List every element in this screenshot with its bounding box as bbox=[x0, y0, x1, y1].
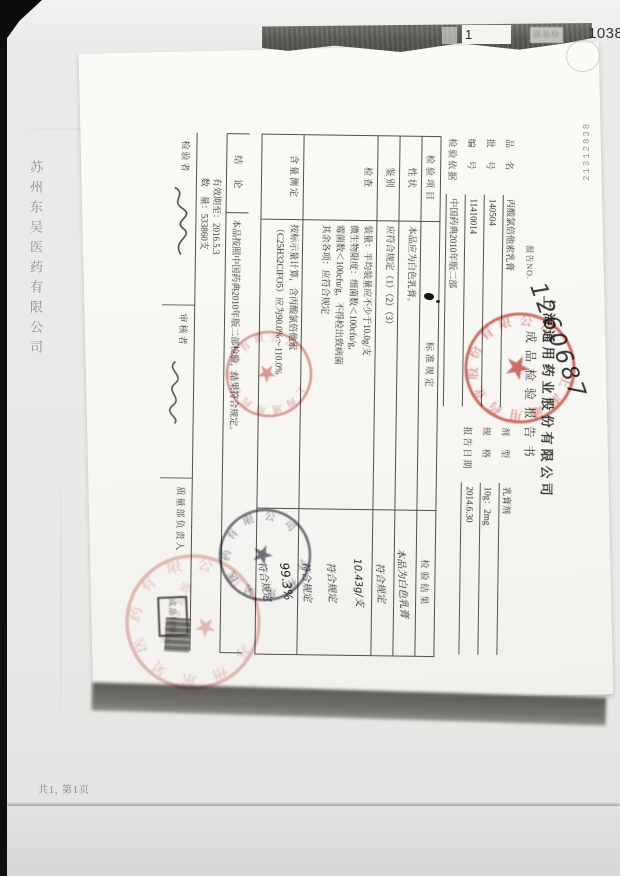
star-icon: ★ bbox=[250, 359, 281, 387]
result-line: 10.43g/支 bbox=[349, 514, 372, 652]
reviewer-cell: 审核者 bbox=[160, 304, 194, 477]
item-cell: 性状 bbox=[399, 136, 422, 221]
field-value: 2014.6.30 bbox=[458, 482, 474, 654]
item-cell: 鉴别 bbox=[377, 136, 400, 221]
col-header-standard: 标准规定 bbox=[417, 221, 440, 510]
item-cell: 含量测定 bbox=[261, 134, 304, 220]
header-faint-label-box: 成品检 bbox=[530, 27, 563, 43]
reviewer-label: 审核者 bbox=[178, 313, 188, 346]
field-label: 规 格 bbox=[480, 427, 494, 483]
field-label: 编 号 bbox=[465, 138, 479, 194]
red-company-stamp-top: 上海通用药业股份有限公司 ★ bbox=[447, 295, 594, 442]
result-line: 符合规定 bbox=[371, 514, 394, 652]
scan-edge-strip bbox=[0, 0, 7, 876]
result-line: 符合规定 bbox=[322, 513, 345, 651]
header-fields-right: 剂 型 乳膏剂 规 格 10g：2mg 报告日期 2014.6.30 bbox=[455, 426, 515, 655]
field-label: 批 号 bbox=[484, 139, 498, 195]
document-serial-number: 1038 bbox=[588, 25, 620, 42]
standard-line: 本品应为白色乳膏。 bbox=[406, 226, 417, 307]
field-value: 乳膏剂 bbox=[496, 483, 513, 655]
field-row-spec: 规 格 10g：2mg bbox=[477, 427, 496, 655]
header-partial-box bbox=[442, 27, 457, 44]
result-cell: 符合规定 bbox=[371, 510, 395, 656]
scanned-fax-page: 1 成品检 1038 21312838 苏州东吴医药有限公司 共1, 第1页 上… bbox=[0, 0, 620, 876]
col-header-item: 检验项目 bbox=[421, 136, 441, 221]
field-label: 报告日期 bbox=[461, 426, 475, 482]
quantity-line: 数 量：533860支 bbox=[198, 178, 211, 255]
ink-dot bbox=[436, 300, 440, 303]
field-row-form: 剂 型 乳膏剂 bbox=[496, 427, 515, 655]
inspector-cell: 检验者 bbox=[162, 132, 196, 304]
reviewer-signature bbox=[165, 357, 188, 427]
bottom-paper-zone bbox=[7, 806, 620, 876]
expiry-line: 有效期至：2016.5.3 bbox=[210, 178, 223, 255]
header-page-count-box: 1 bbox=[462, 25, 511, 44]
star-icon: ★ bbox=[188, 611, 224, 643]
standard-cell: 应符合规定（1）（2）（3） bbox=[373, 221, 399, 510]
page-footer: 共1, 第1页 bbox=[38, 781, 90, 796]
stamp-inner-label: 验收专用章 bbox=[156, 580, 195, 650]
paper-crease bbox=[60, 450, 62, 750]
field-label: 剂 型 bbox=[499, 427, 513, 483]
inspector-label: 检验者 bbox=[180, 140, 190, 173]
star-icon: ★ bbox=[498, 351, 538, 384]
star-icon: ★ bbox=[247, 542, 278, 568]
item-cell: 检查 bbox=[303, 135, 378, 221]
standard-line: 应符合规定（1）（2）（3） bbox=[384, 225, 395, 329]
conclusion-label: 结 论 bbox=[227, 134, 250, 213]
field-label: 检验依据 bbox=[446, 138, 460, 194]
result-line: 本品为白色乳膏 bbox=[393, 514, 416, 652]
inspector-signature bbox=[167, 184, 190, 258]
field-label: 品 名 bbox=[503, 139, 517, 195]
field-row-report-date: 报告日期 2014.6.30 bbox=[458, 426, 477, 654]
field-value: 10g：2mg bbox=[477, 483, 494, 655]
fax-id-vertical: 21312838 bbox=[582, 41, 594, 181]
col-header-result: 检验结果 bbox=[415, 510, 436, 656]
result-cell: 本品为白色乳膏 bbox=[393, 510, 417, 656]
standard-cell: 本品应为白色乳膏。 bbox=[395, 221, 421, 510]
margin-company-name: 苏州东吴医药有限公司 bbox=[26, 160, 45, 420]
report-no-label: 报告NO. bbox=[524, 245, 535, 280]
extra-info: 有效期至：2016.5.3 数 量：533860支 bbox=[198, 178, 223, 255]
